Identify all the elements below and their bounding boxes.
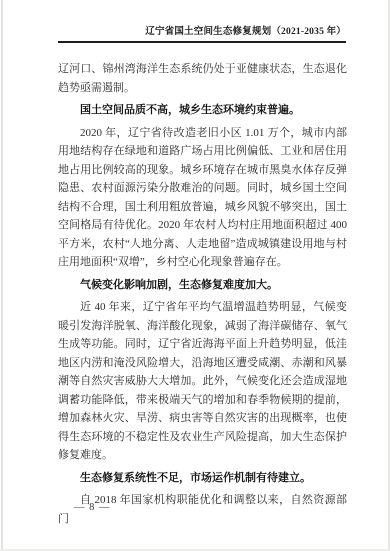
body-paragraph-climate: 近 40 年来，辽宁省年平均气温增温趋势明显，气候变暖引发海洋脱氧、海洋酸化现象… [58, 298, 347, 465]
page-number: — 8 — [74, 502, 111, 513]
body-paragraph-urban-rural: 2020 年，辽宁省待改造老旧小区 1.01 万个，城市内部用地结构存在绿地和道… [58, 124, 347, 272]
scan-edge-left [1, 0, 3, 551]
document-page: 辽宁省国土空间生态修复规划（2021-2035 年） 辽河口、锦州湾海洋生态系统… [0, 0, 390, 551]
header-rule [58, 41, 346, 43]
running-header-title: 辽宁省国土空间生态修复规划（2021-2035 年） [58, 23, 346, 37]
section-heading-restoration-system: 生态修复系统性不足，市场运作机制有待建立。 [58, 469, 347, 488]
document-body: 辽河口、锦州湾海洋生态系统仍处于亚健康状态，生态退化趋势亟需遏制。 国土空间品质… [58, 60, 347, 528]
section-heading-land-quality: 国土空间品质不高，城乡生态环境约束普遍。 [58, 101, 347, 120]
section-heading-climate-change: 气候变化影响加剧，生态修复难度加大。 [58, 276, 347, 295]
body-paragraph-continuation: 辽河口、锦州湾海洋生态系统仍处于亚健康状态，生态退化趋势亟需遏制。 [58, 60, 347, 97]
